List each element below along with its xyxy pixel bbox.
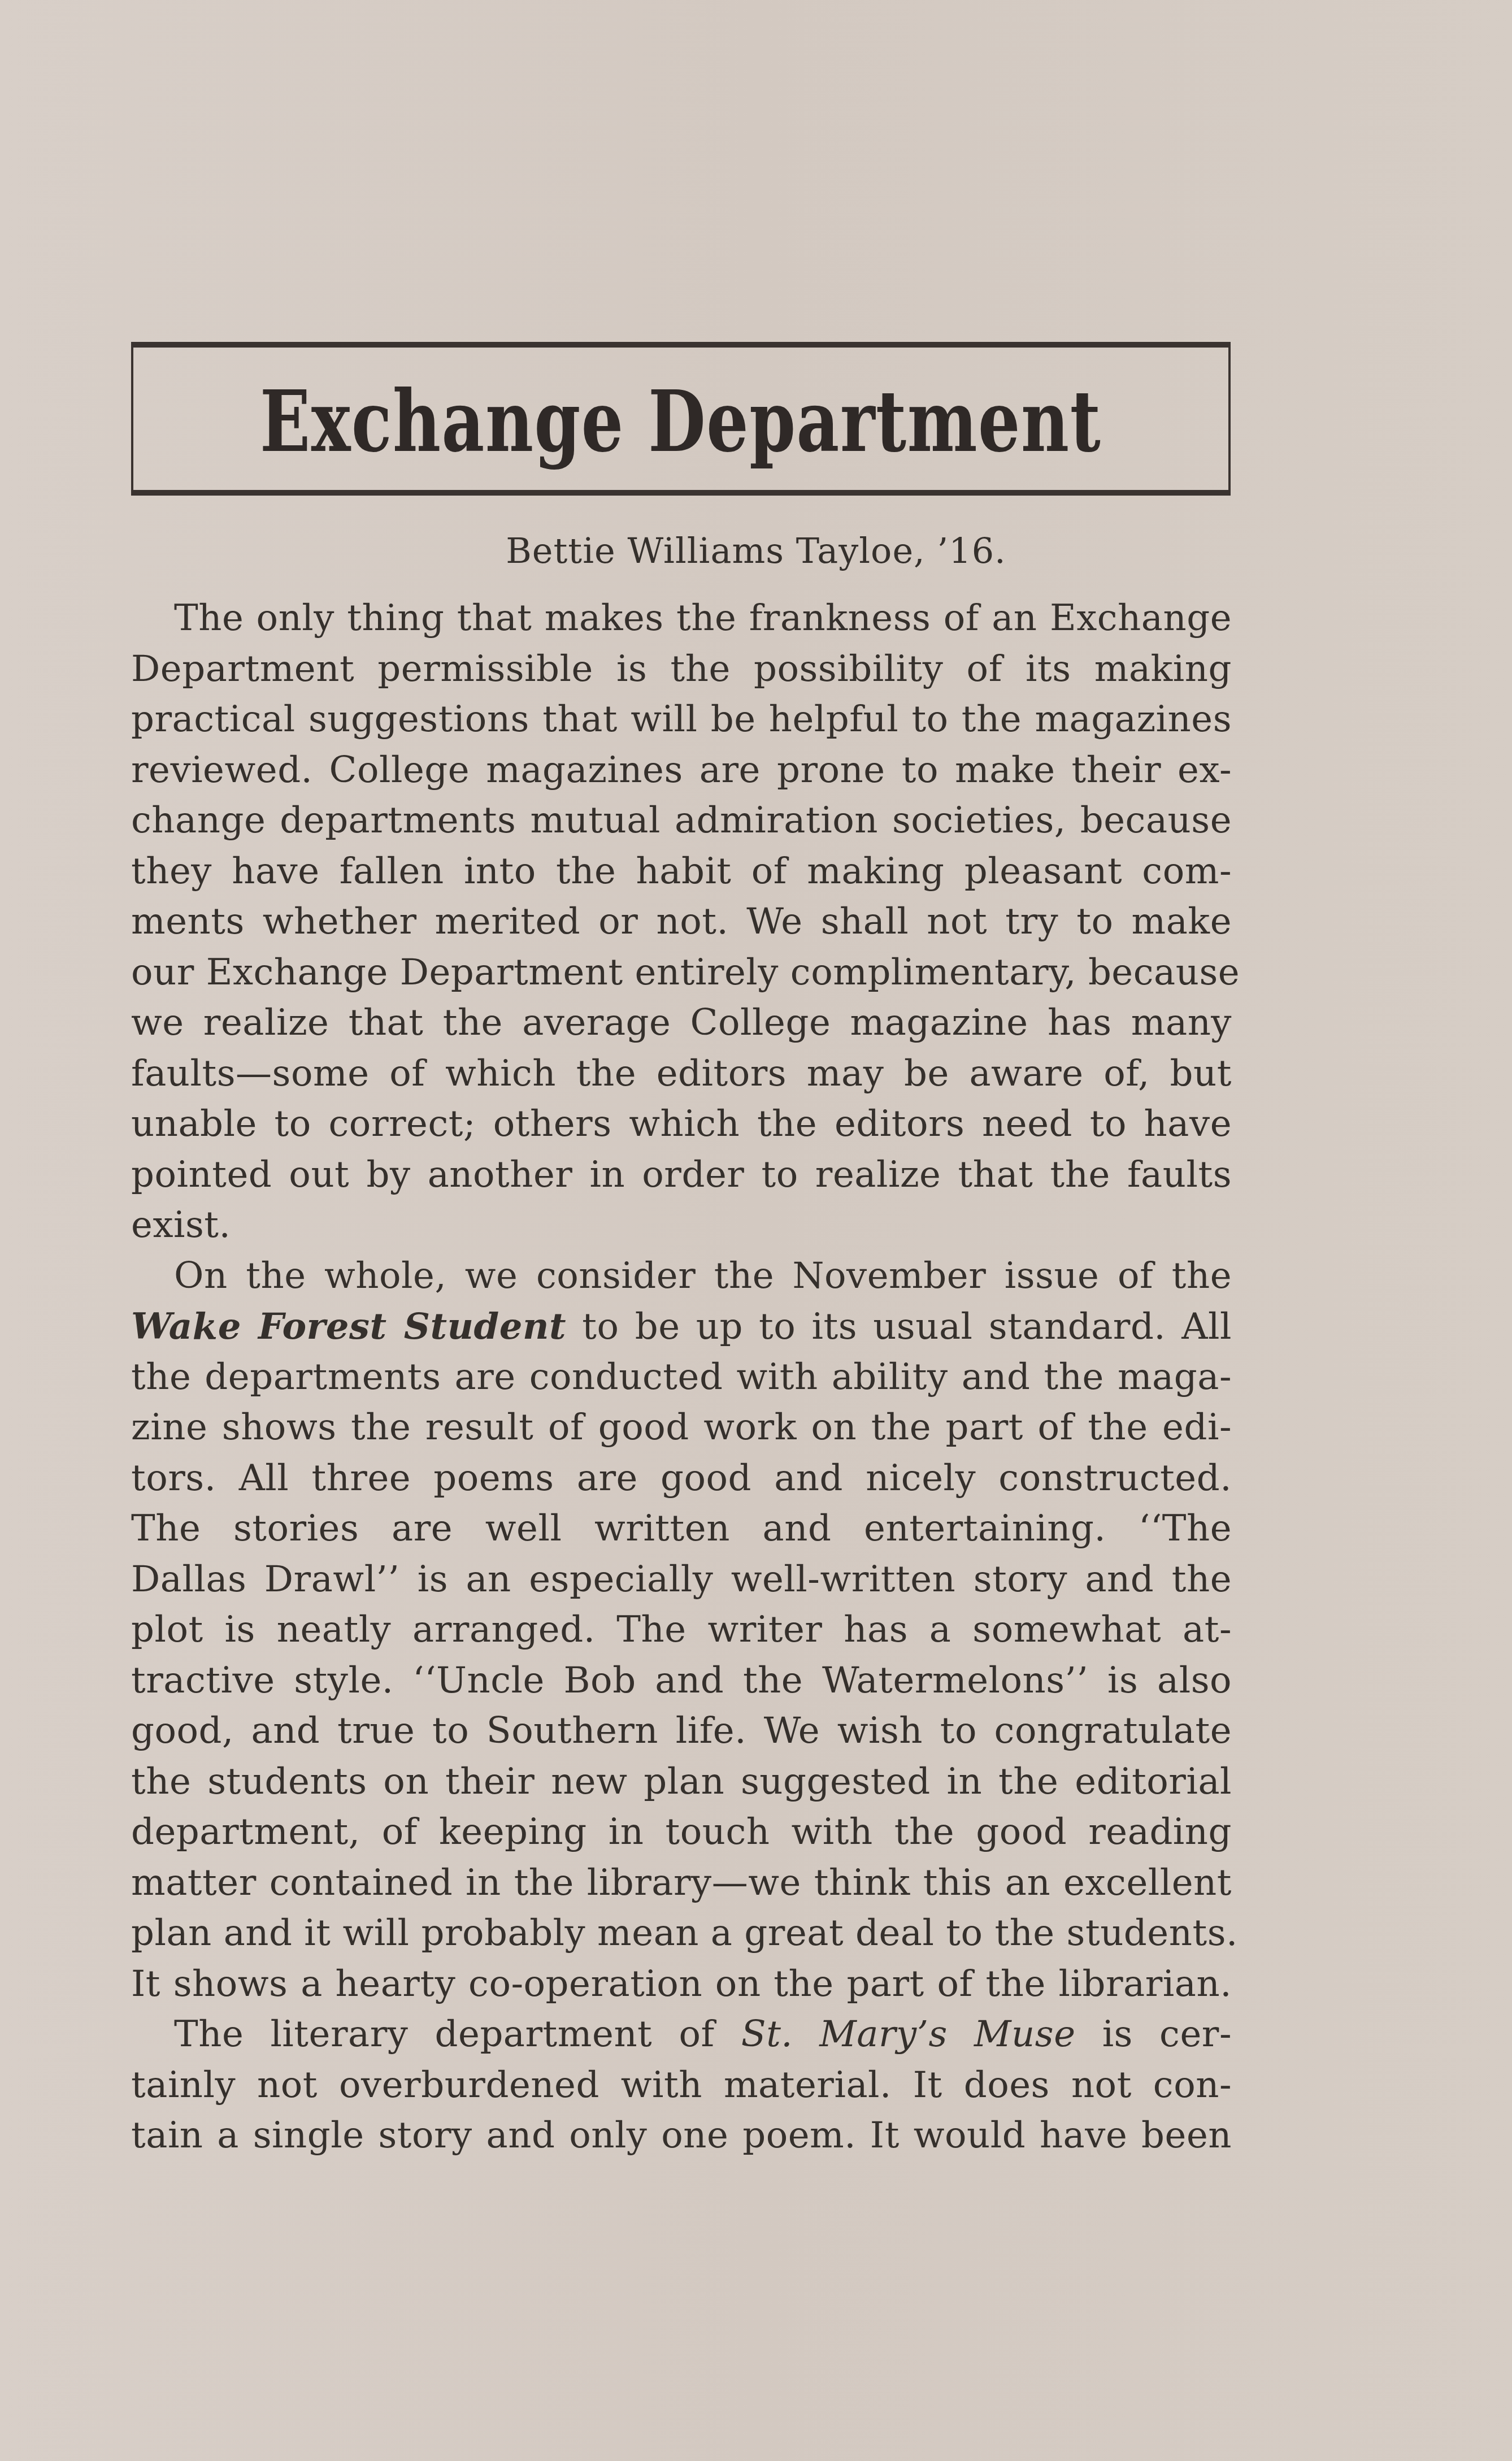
publication-title-wake-forest-student: Wake Forest Student (131, 1305, 566, 1348)
text-line: tainly not overburdened with material. I… (131, 2060, 1232, 2111)
text-fragment: is cer- (1076, 2013, 1232, 2055)
text-fragment: to be up to its usual standard. All (566, 1306, 1232, 1348)
section-header-box: Exchange Department (131, 342, 1231, 496)
text-line: faults—some of which the editors may be … (131, 1049, 1232, 1100)
text-line: change departments mutual admiration soc… (131, 796, 1232, 847)
author-byline: Bettie Williams Tayloe, ’16. (0, 528, 1512, 574)
text-line: The stories are well written and enterta… (131, 1504, 1232, 1555)
text-line: ments whether merited or not. We shall n… (131, 897, 1232, 948)
text-line: we realize that the average College maga… (131, 998, 1232, 1049)
publication-title-st-marys-muse: St. Mary’s Muse (741, 2013, 1076, 2055)
article-body: The only thing that makes the frankness … (131, 593, 1232, 2161)
text-line: tractive style. ‘‘Uncle Bob and the Wate… (131, 1656, 1232, 1707)
text-line: department, of keeping in touch with the… (131, 1807, 1232, 1858)
text-line: practical suggestions that will be helpf… (131, 695, 1232, 745)
text-line: plan and it will probably mean a great d… (131, 1908, 1232, 1959)
text-line: The literary department of St. Mary’s Mu… (131, 2009, 1232, 2060)
text-line: On the whole, we consider the November i… (131, 1251, 1232, 1302)
text-line: pointed out by another in order to reali… (131, 1150, 1232, 1201)
text-line: Dallas Drawl’’ is an especially well-wri… (131, 1555, 1232, 1605)
text-line: plot is neatly arranged. The writer has … (131, 1605, 1232, 1656)
text-line: tain a single story and only one poem. I… (131, 2111, 1232, 2161)
text-line: the students on their new plan suggested… (131, 1757, 1232, 1808)
text-line: our Exchange Department entirely complim… (131, 948, 1232, 999)
text-line: they have fallen into the habit of makin… (131, 847, 1232, 897)
text-line: unable to correct; others which the edit… (131, 1099, 1232, 1150)
text-line: Department permissible is the possibilit… (131, 644, 1232, 695)
text-line: reviewed. College magazines are prone to… (131, 745, 1232, 796)
text-line: It shows a hearty co-operation on the pa… (131, 1959, 1232, 2010)
text-line: exist. (131, 1200, 1232, 1251)
text-line: matter contained in the library—we think… (131, 1858, 1232, 1909)
text-line: The only thing that makes the frankness … (131, 593, 1232, 644)
text-line: tors. All three poems are good and nicel… (131, 1453, 1232, 1504)
section-title: Exchange Department (260, 379, 1101, 464)
text-line: good, and true to Southern life. We wish… (131, 1706, 1232, 1757)
text-line: the departments are conducted with abili… (131, 1352, 1232, 1403)
text-fragment: The literary department of (174, 2013, 741, 2055)
text-line: Wake Forest Student to be up to its usua… (131, 1301, 1232, 1352)
text-line: zine shows the result of good work on th… (131, 1403, 1232, 1453)
